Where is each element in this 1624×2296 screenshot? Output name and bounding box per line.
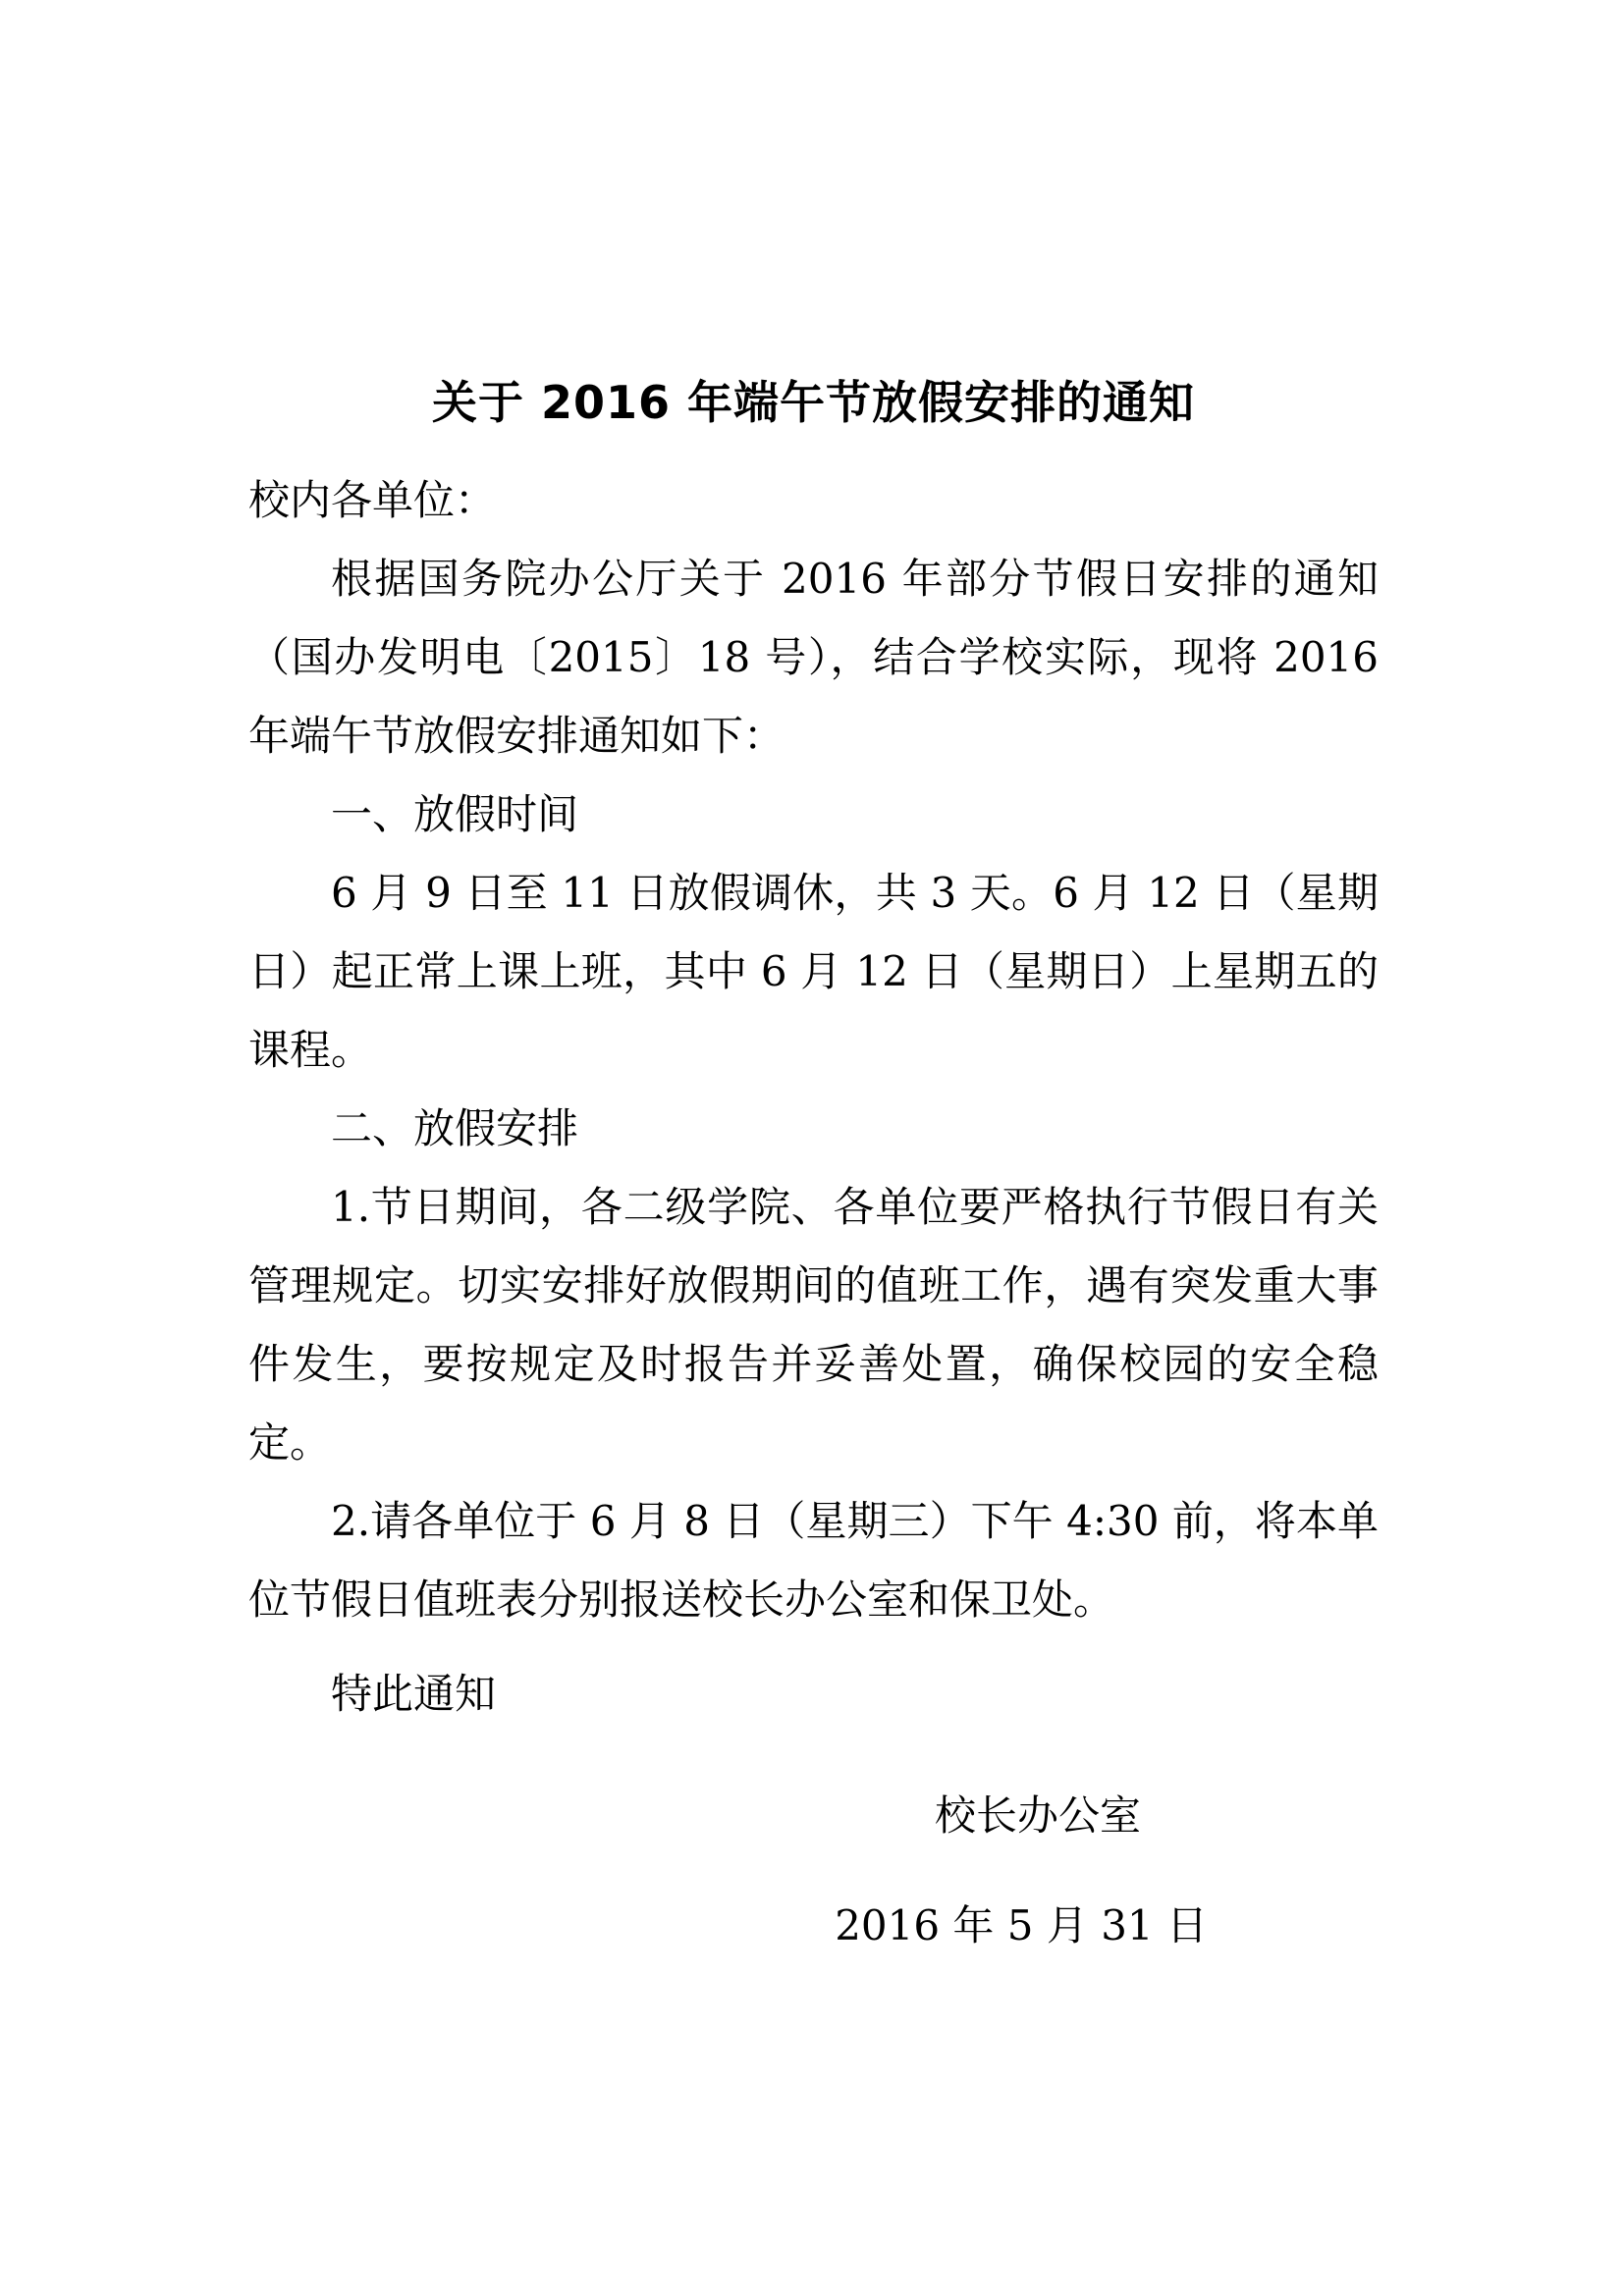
document-page: 关于 2016 年端午节放假安排的通知 校内各单位： 根据国务院办公厅关于 20… [0, 0, 1624, 2296]
issue-date: 2016 年 5 月 31 日 [248, 1887, 1379, 1965]
section-heading-holiday-time: 一、放假时间 [248, 775, 1379, 854]
paragraph-holiday-time-detail: 6 月 9 日至 11 日放假调休，共 3 天。6 月 12 日（星期日）起正常… [248, 854, 1379, 1090]
paragraph-duty-roster-submission: 2.请各单位于 6 月 8 日（星期三）下午 4:30 前，将本单位节假日值班表… [248, 1482, 1379, 1639]
section-heading-holiday-arrangement: 二、放假安排 [248, 1090, 1379, 1168]
document-body: 校内各单位： 根据国务院办公厅关于 2016 年部分节假日安排的通知（国办发明电… [248, 461, 1379, 1965]
signature-issuer: 校长办公室 [248, 1777, 1379, 1855]
document-title: 关于 2016 年端午节放假安排的通知 [248, 373, 1379, 432]
paragraph-duty-rules: 1.节日期间，各二级学院、各单位要严格执行节假日有关管理规定。切实安排好放假期间… [248, 1168, 1379, 1482]
salutation: 校内各单位： [248, 461, 1379, 540]
paragraph-basis: 根据国务院办公厅关于 2016 年部分节假日安排的通知（国办发明电〔2015〕1… [248, 540, 1379, 775]
closing-phrase: 特此通知 [248, 1655, 1379, 1734]
